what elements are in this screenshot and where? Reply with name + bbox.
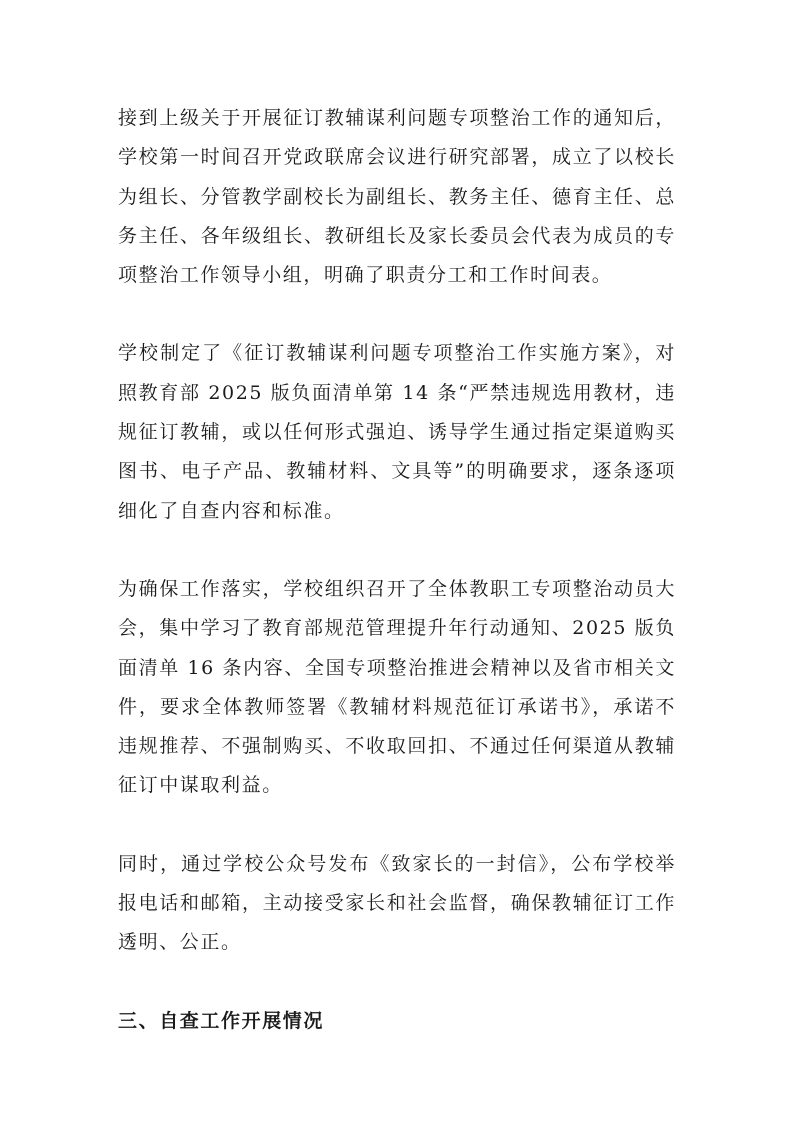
paragraph-parent-letter: 同时，通过学校公众号发布《致家长的一封信》，公布学校举报电话和邮箱，主动接受家长… [118,845,676,963]
paragraph-leadership-group: 接到上级关于开展征订教辅谋利问题专项整治工作的通知后，学校第一时间召开党政联席会… [118,99,676,295]
paragraph-implementation-plan: 学校制定了《征订教辅谋利问题专项整治工作实施方案》，对照教育部 2025 版负面… [118,334,676,530]
paragraph-mobilization-meeting: 为确保工作落实，学校组织召开了全体教职工专项整治动员大会，集中学习了教育部规范管… [118,570,676,806]
section-heading: 三、自查工作开展情况 [118,1002,676,1041]
document-page: 接到上级关于开展征订教辅谋利问题专项整治工作的通知后，学校第一时间召开党政联席会… [118,99,676,1041]
